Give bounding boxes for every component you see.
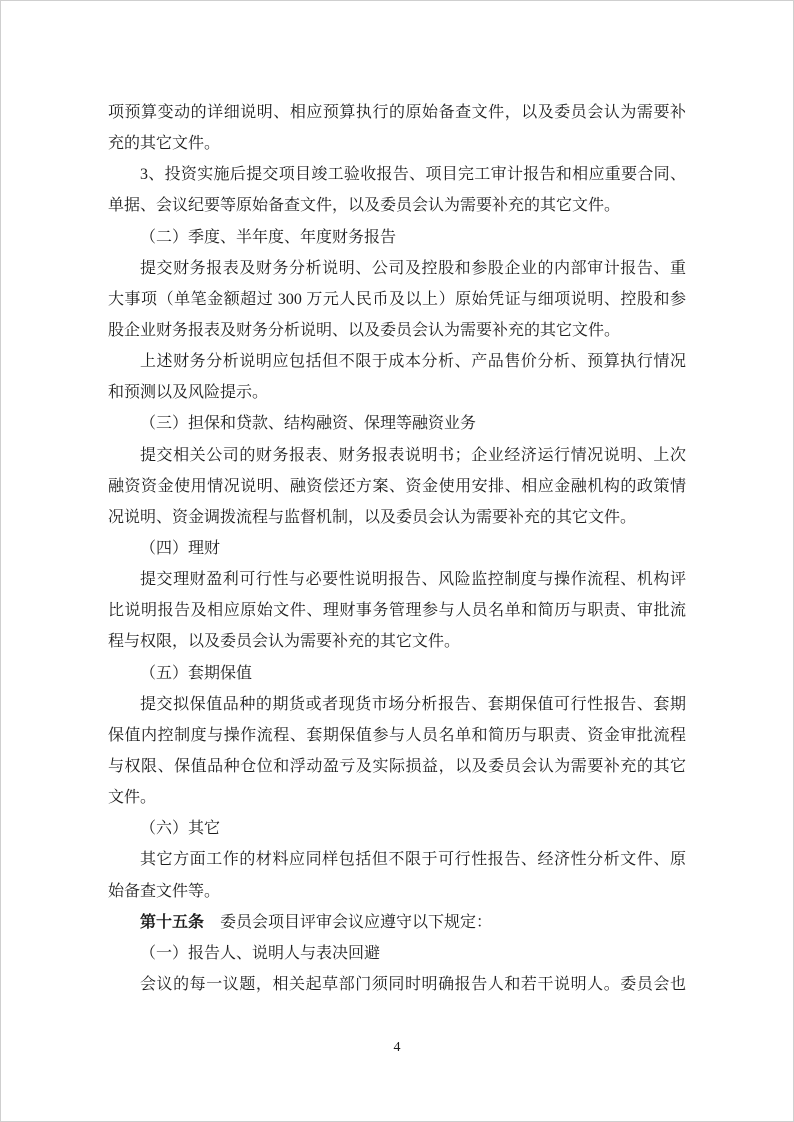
text-line: 况说明、资金调拨流程与监督机制，以及委员会认为需要补充的其它文件。 bbox=[108, 502, 686, 533]
text-line: 提交相关公司的财务报表、财务报表说明书；企业经济运行情况说明、上次 bbox=[108, 440, 686, 471]
text-line: 与权限、保值品种仓位和浮动盈亏及实际损益，以及委员会认为需要补充的其它 bbox=[108, 751, 686, 782]
text-line: （四）理财 bbox=[108, 533, 686, 564]
text-line: （六）其它 bbox=[108, 813, 686, 844]
text-line: 单据、会议纪要等原始备查文件，以及委员会认为需要补充的其它文件。 bbox=[108, 190, 686, 221]
text-line: 股企业财务报表及财务分析说明、以及委员会认为需要补充的其它文件。 bbox=[108, 315, 686, 346]
text-body: 项预算变动的详细说明、相应预算执行的原始备查文件，以及委员会认为需要补充的其它文… bbox=[108, 97, 686, 1000]
text-line: 提交理财盈利可行性与必要性说明报告、风险监控制度与操作流程、机构评 bbox=[108, 564, 686, 595]
text-line: 保值内控制度与操作流程、套期保值参与人员名单和简历与职责、资金审批流程 bbox=[108, 720, 686, 751]
text-line: 程与权限，以及委员会认为需要补充的其它文件。 bbox=[108, 626, 686, 657]
text-line: （三）担保和贷款、结构融资、保理等融资业务 bbox=[108, 408, 686, 439]
text-line: （一）报告人、说明人与表决回避 bbox=[108, 938, 686, 969]
text-line: 文件。 bbox=[108, 782, 686, 813]
text-line: 提交拟保值品种的期货或者现货市场分析报告、套期保值可行性报告、套期 bbox=[108, 689, 686, 720]
text-line: 大事项（单笔金额超过 300 万元人民币及以上）原始凭证与细项说明、控股和参 bbox=[108, 284, 686, 315]
text-line: 融资资金使用情况说明、融资偿还方案、资金使用安排、相应金融机构的政策情 bbox=[108, 471, 686, 502]
text-line: 比说明报告及相应原始文件、理财事务管理参与人员名单和简历与职责、审批流 bbox=[108, 595, 686, 626]
clause-number: 第十五条 bbox=[140, 914, 204, 931]
text-line: （五）套期保值 bbox=[108, 658, 686, 689]
text-line: 3、投资实施后提交项目竣工验收报告、项目完工审计报告和相应重要合同、 bbox=[108, 159, 686, 190]
text-line: （二）季度、半年度、年度财务报告 bbox=[108, 222, 686, 253]
text-line: 充的其它文件。 bbox=[108, 128, 686, 159]
text-line: 和预测以及风险提示。 bbox=[108, 377, 686, 408]
page-number: 4 bbox=[0, 1040, 794, 1056]
text-line: 其它方面工作的材料应同样包括但不限于可行性报告、经济性分析文件、原 bbox=[108, 844, 686, 875]
text-line: 上述财务分析说明应包括但不限于成本分析、产品售价分析、预算执行情况 bbox=[108, 346, 686, 377]
text-line: 提交财务报表及财务分析说明、公司及控股和参股企业的内部审计报告、重 bbox=[108, 253, 686, 284]
text-line: 会议的每一议题，相关起草部门须同时明确报告人和若干说明人。委员会也 bbox=[108, 969, 686, 1000]
document-page: 项预算变动的详细说明、相应预算执行的原始备查文件，以及委员会认为需要补充的其它文… bbox=[0, 0, 794, 1122]
text-line: 始备查文件等。 bbox=[108, 876, 686, 907]
text-line: 第十五条 委员会项目评审会议应遵守以下规定： bbox=[108, 907, 686, 938]
text-line: 项预算变动的详细说明、相应预算执行的原始备查文件，以及委员会认为需要补 bbox=[108, 97, 686, 128]
